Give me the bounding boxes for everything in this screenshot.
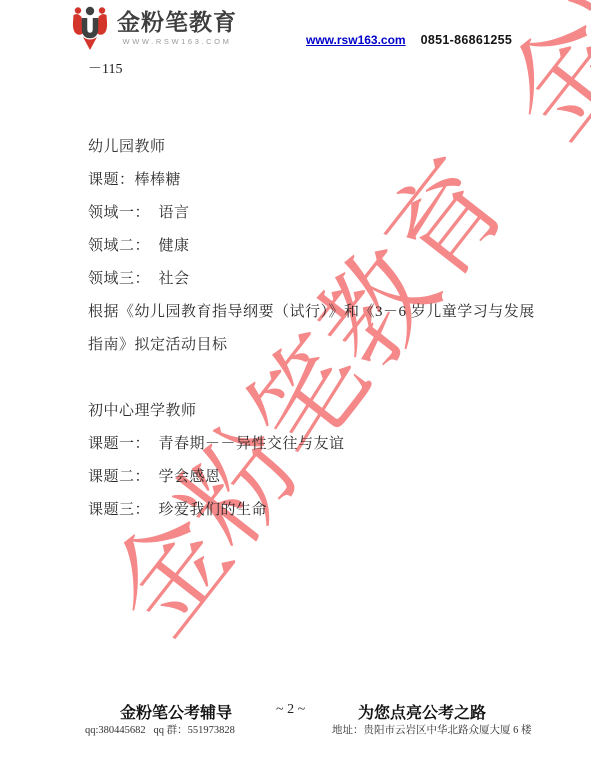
header-phone: 0851-86861255: [421, 33, 513, 47]
header-logo: 金粉笔教育 WWW.RSW163.COM: [70, 4, 237, 52]
body-line: 课题：棒棒糖: [88, 173, 535, 188]
page-number-marker: －115: [88, 58, 122, 78]
footer-address: 地址：贵阳市云岩区中华北路众厦大厦 6 楼: [332, 722, 532, 737]
brand-logo-icon: [70, 4, 110, 52]
body-line: 初中心理学教师: [88, 404, 535, 419]
header-website-link[interactable]: www.rsw163.com: [306, 33, 406, 47]
body-line: 领域三： 社会: [88, 272, 535, 287]
body-line: 课题一： 青春期－－异性交往与友谊: [88, 437, 535, 452]
body-line: 指南》拟定活动目标: [88, 338, 535, 353]
brand-website: WWW.RSW163.COM: [117, 37, 237, 46]
watermark-fragment: 金粉笔教育: [490, 0, 591, 157]
body-line: 领域二： 健康: [88, 239, 535, 254]
body-line: 领域一： 语言: [88, 206, 535, 221]
footer-page-number: ~ 2 ~: [276, 702, 305, 718]
document-body: 幼儿园教师 课题：棒棒糖 领域一： 语言 领域二： 健康 领域三： 社会 根据《…: [88, 140, 535, 536]
brand-block: 金粉笔教育 WWW.RSW163.COM: [117, 4, 237, 46]
body-line: 幼儿园教师: [88, 140, 535, 155]
document-page: 金粉笔教育 WWW.RSW163.COM www.rsw163.com 0851…: [0, 0, 591, 763]
brand-name: 金粉笔教育: [117, 11, 237, 34]
body-line: 课题二： 学会感恩: [88, 470, 535, 485]
body-line: 根据《幼儿园教育指导纲要（试行）》和《3－6 岁儿童学习与发展: [88, 305, 535, 320]
footer-qq: qq:380445682 qq 群：551973828: [85, 722, 235, 737]
body-line: 课题三： 珍爱我们的生命: [88, 503, 535, 518]
header-contact: www.rsw163.com 0851-86861255: [306, 33, 512, 47]
footer-slogan: 为您点亮公考之路: [358, 700, 486, 723]
footer-brand: 金粉笔公考辅导: [120, 700, 232, 723]
